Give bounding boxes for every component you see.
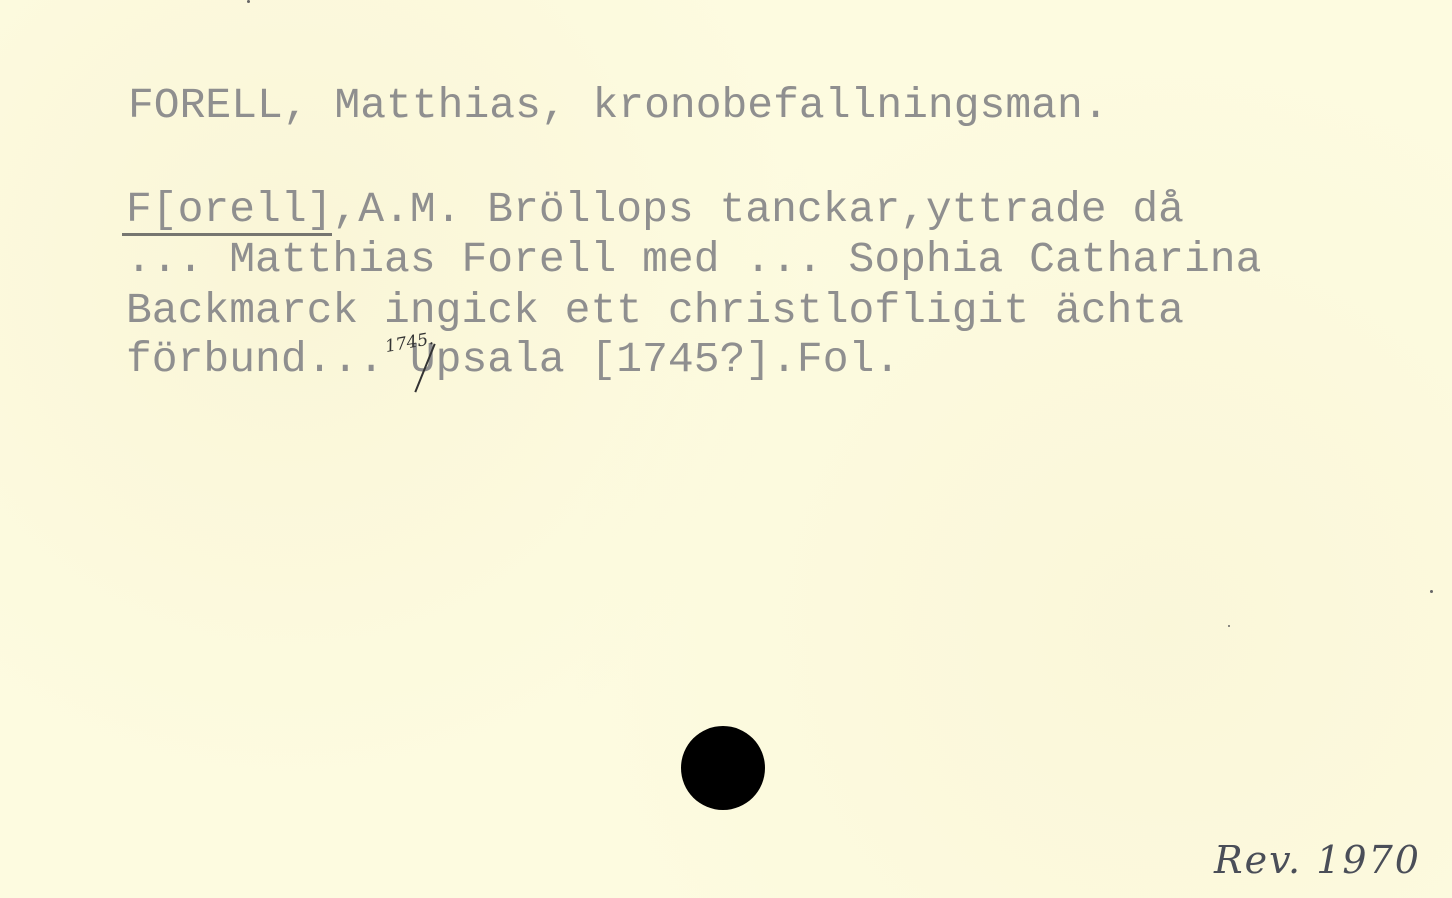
- paper-speck: [1430, 590, 1433, 593]
- entry-line-2: ... Matthias Forell med ... Sophia Catha…: [126, 236, 1261, 284]
- paper-speck: [1228, 625, 1230, 627]
- entry-line-4: förbund... Upsala [1745?].Fol.: [126, 336, 900, 384]
- card-heading: FORELL, Matthias, kronobefallningsman.: [128, 82, 1109, 130]
- entry-line-3: Backmarck ingick ett christlofligit ächt…: [126, 287, 1184, 335]
- handwritten-revision-note: Rev. 1970: [1214, 838, 1421, 882]
- entry-line-1: F[orell],A.M. Bröllops tanckar,yttrade d…: [126, 186, 1184, 234]
- paper-speck: [247, 0, 250, 3]
- catalog-card: FORELL, Matthias, kronobefallningsman. F…: [0, 0, 1452, 898]
- punch-hole: [681, 726, 765, 810]
